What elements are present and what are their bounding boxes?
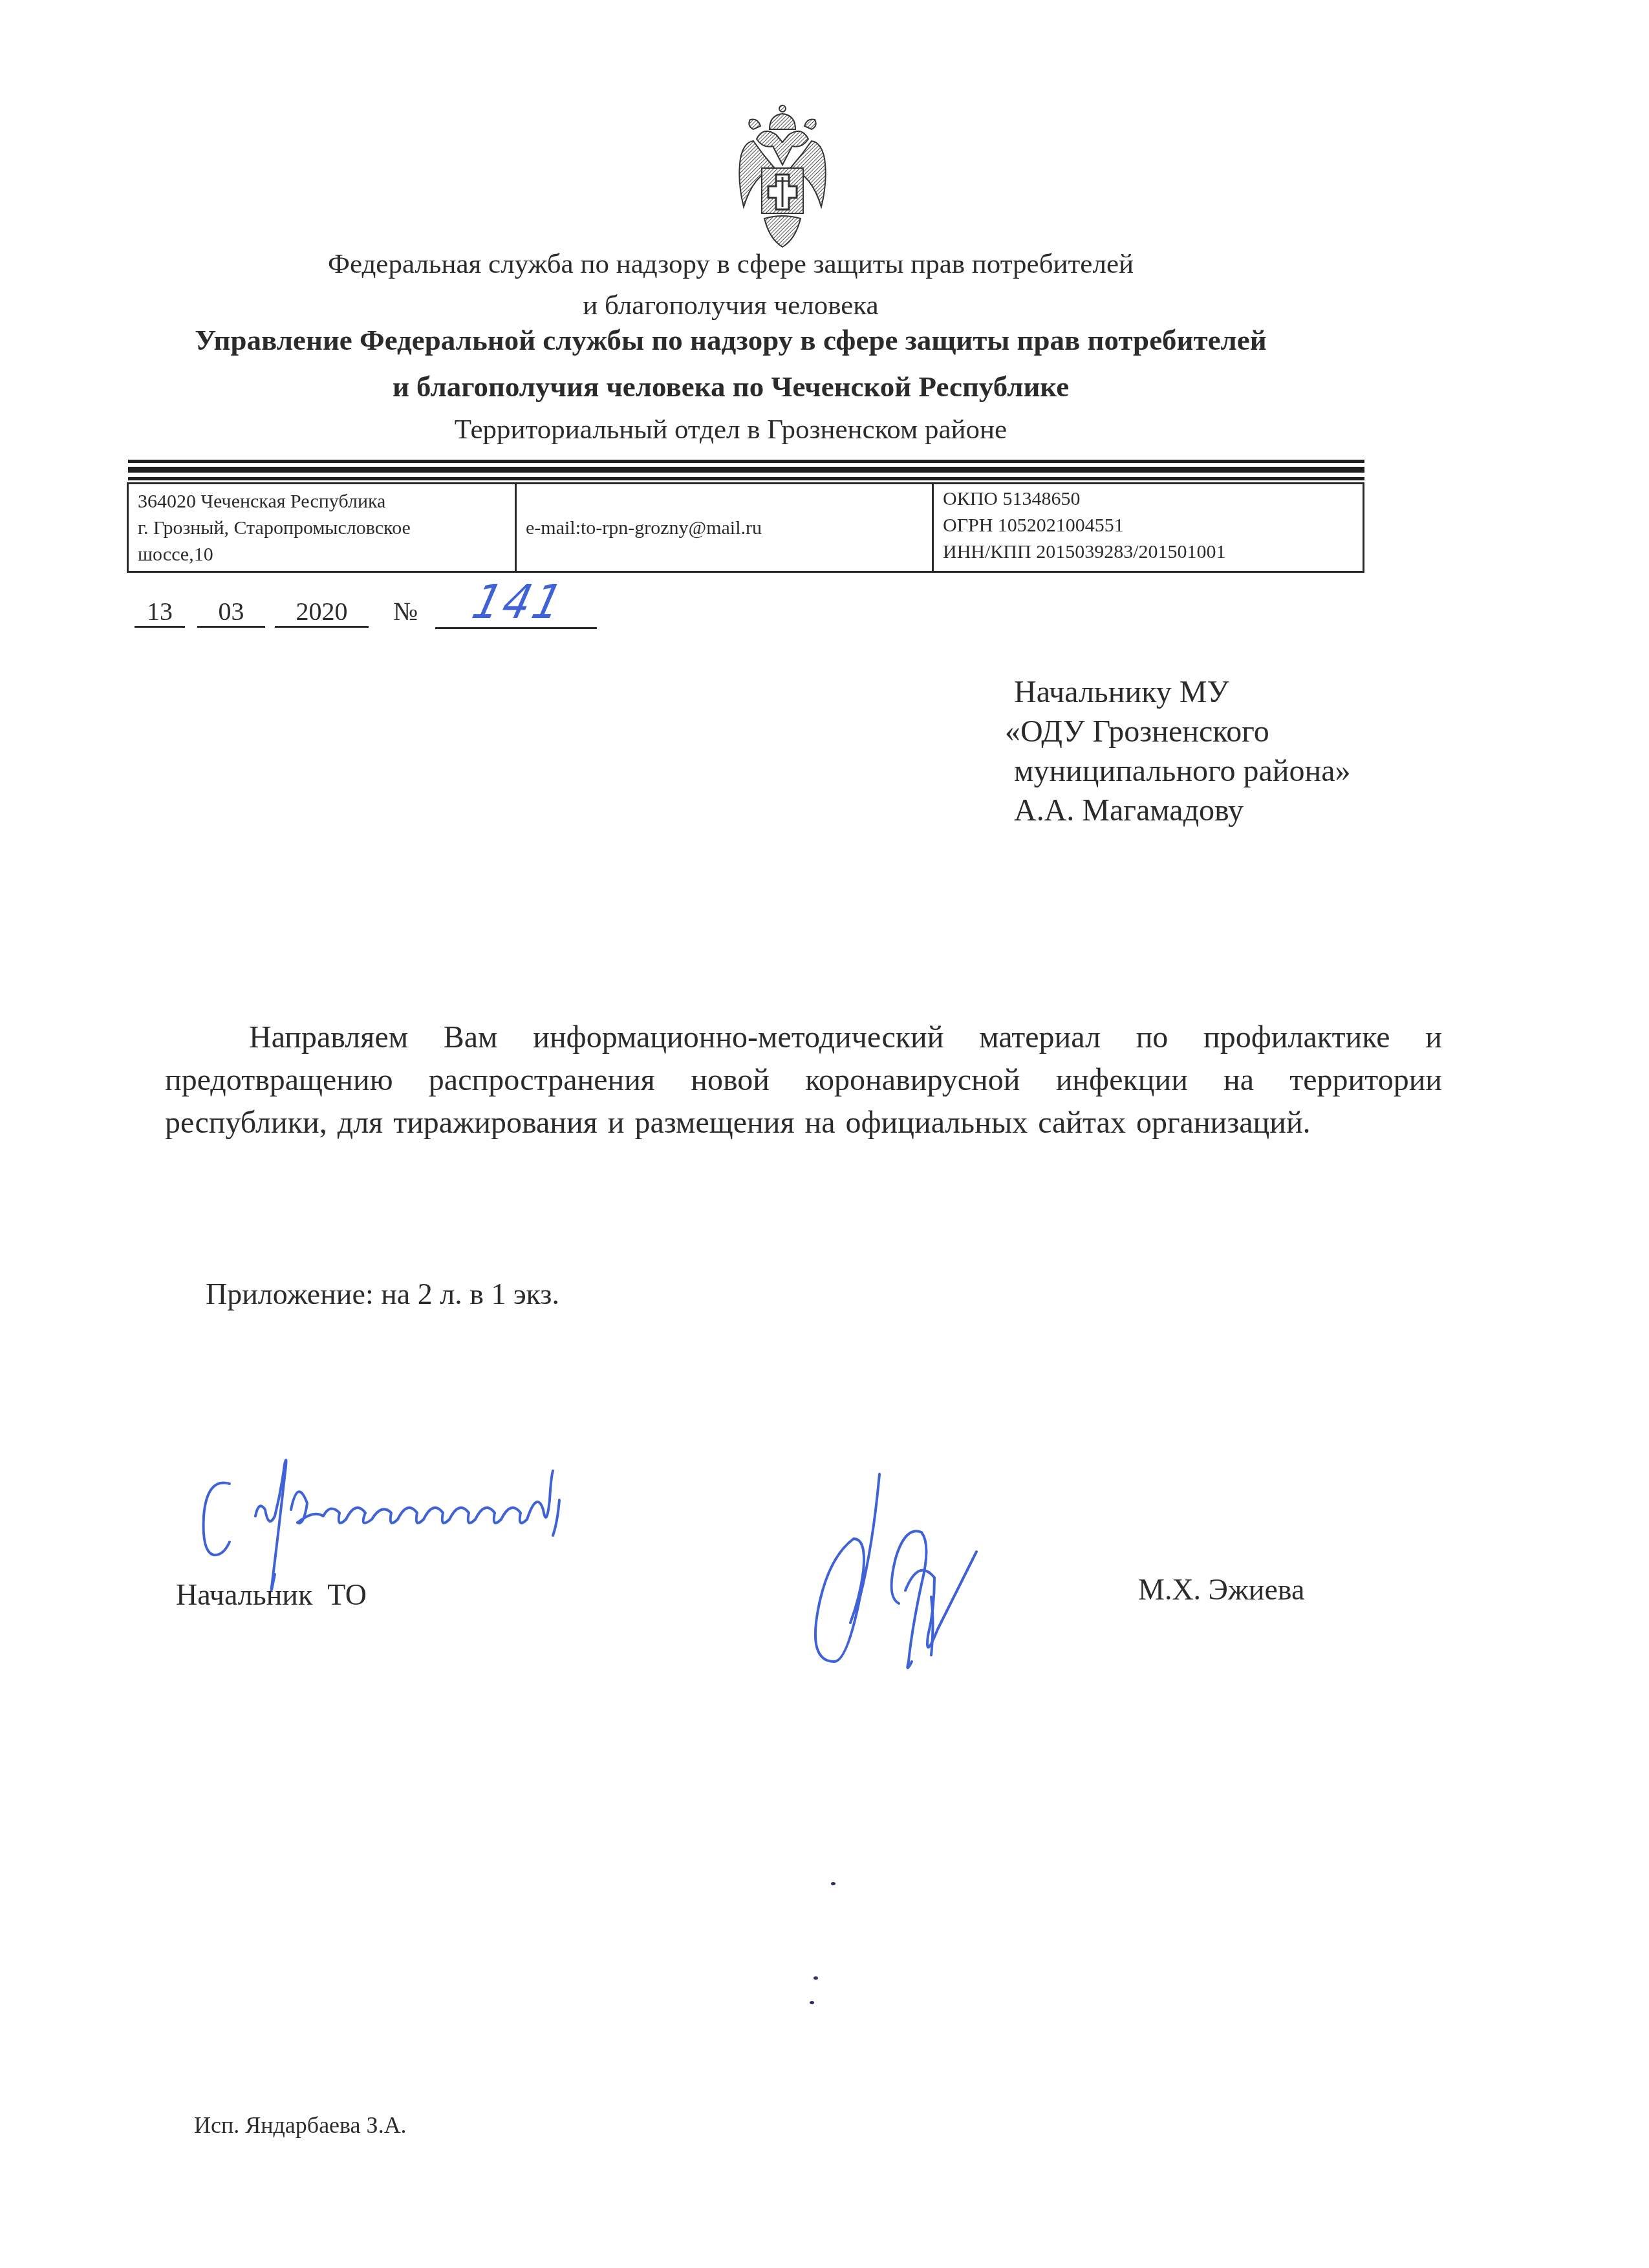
addressee-block: Начальнику МУ «ОДУ Грозненского муниципа… (1014, 672, 1351, 830)
address-line: 364020 Чеченская Республика (138, 488, 506, 515)
signer-name: М.Х. Эжиева (1138, 1572, 1304, 1607)
scan-artifact (831, 1882, 835, 1885)
address-line: шоссе,10 (138, 541, 506, 568)
scan-artifact (810, 2001, 814, 2004)
okpo-code: ОКПО 51348650 (943, 486, 1353, 512)
emblem-icon (718, 103, 847, 249)
email-address: e-mail:to-rpn-grozny@mail.ru (526, 515, 923, 541)
inn-kpp-code: ИНН/КПП 2015039283/201501001 (943, 539, 1353, 565)
header-divider (128, 467, 1364, 473)
address-line: г. Грозный, Старопромысловское (138, 515, 506, 541)
ogrn-code: ОГРН 1052021004551 (943, 512, 1353, 539)
executor-note: Исп. Яндарбаева З.А. (194, 2112, 407, 2139)
addressee-line: Начальнику МУ (1014, 672, 1351, 712)
date-month: 03 (197, 597, 265, 628)
handwritten-closing-icon (194, 1439, 705, 1600)
requisites-table: 364020 Чеченская Республика г. Грозный, … (127, 482, 1364, 573)
codes-cell: ОКПО 51348650 ОГРН 1052021004551 ИНН/КПП… (934, 484, 1363, 571)
signature-icon (770, 1468, 1041, 1674)
attachment-note: Приложение: на 2 л. в 1 экз. (206, 1277, 559, 1311)
scan-artifact (814, 1976, 818, 1980)
department-name-line-2: и благополучия человека по Чеченской Рес… (116, 370, 1345, 403)
addressee-line: «ОДУ Грозненского (1005, 712, 1351, 751)
letter-body: Направляем Вам информационно-методически… (165, 1016, 1442, 1144)
addressee-line: муниципального района» (1014, 751, 1351, 791)
address-cell: 364020 Чеченская Республика г. Грозный, … (129, 484, 517, 571)
addressee-line: А.А. Магамадову (1014, 791, 1351, 830)
territorial-office-name: Территориальный отдел в Грозненском райо… (116, 414, 1345, 445)
outgoing-number-field: 141 (435, 577, 597, 629)
number-sign: № (393, 597, 418, 626)
date-year: 2020 (275, 597, 369, 628)
agency-name-line-2: и благополучия человека (116, 290, 1345, 321)
date-day: 13 (135, 597, 185, 628)
signer-position: Начальник ТО (176, 1578, 367, 1612)
handwritten-number: 141 (467, 575, 570, 630)
department-name-line-1: Управление Федеральной службы по надзору… (116, 323, 1345, 357)
header-divider (128, 477, 1364, 480)
agency-name-line-1: Федеральная служба по надзору в сфере за… (116, 248, 1345, 280)
email-cell: e-mail:to-rpn-grozny@mail.ru (517, 484, 934, 571)
header-divider (128, 460, 1364, 463)
